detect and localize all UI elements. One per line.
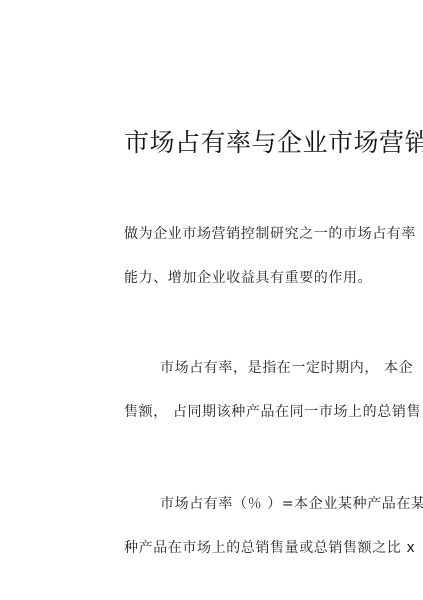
paragraph-3-line-1: 市场占有率（％ ）=本企业某种产品在某 <box>160 494 423 514</box>
paragraph-2-line-1: 市场占有率，是指在一定时期内， 本企 <box>160 358 413 378</box>
paragraph-2-line-2: 售额， 占同期该种产品在同一市场上的总销售 <box>124 402 421 422</box>
paragraph-1-line-2: 能力、增加企业收益具有重要的作用。 <box>124 268 372 288</box>
document-page: 市场占有率与企业市场营销 做为企业市场营销控制研究之一的市场占有率 能力、增加企… <box>0 0 423 600</box>
paragraph-1-line-1: 做为企业市场营销控制研究之一的市场占有率 <box>124 224 416 244</box>
document-title: 市场占有率与企业市场营销 <box>124 126 423 160</box>
paragraph-3-line-2: 种产品在市场上的总销售量或总销售额之比 x <box>124 538 415 558</box>
